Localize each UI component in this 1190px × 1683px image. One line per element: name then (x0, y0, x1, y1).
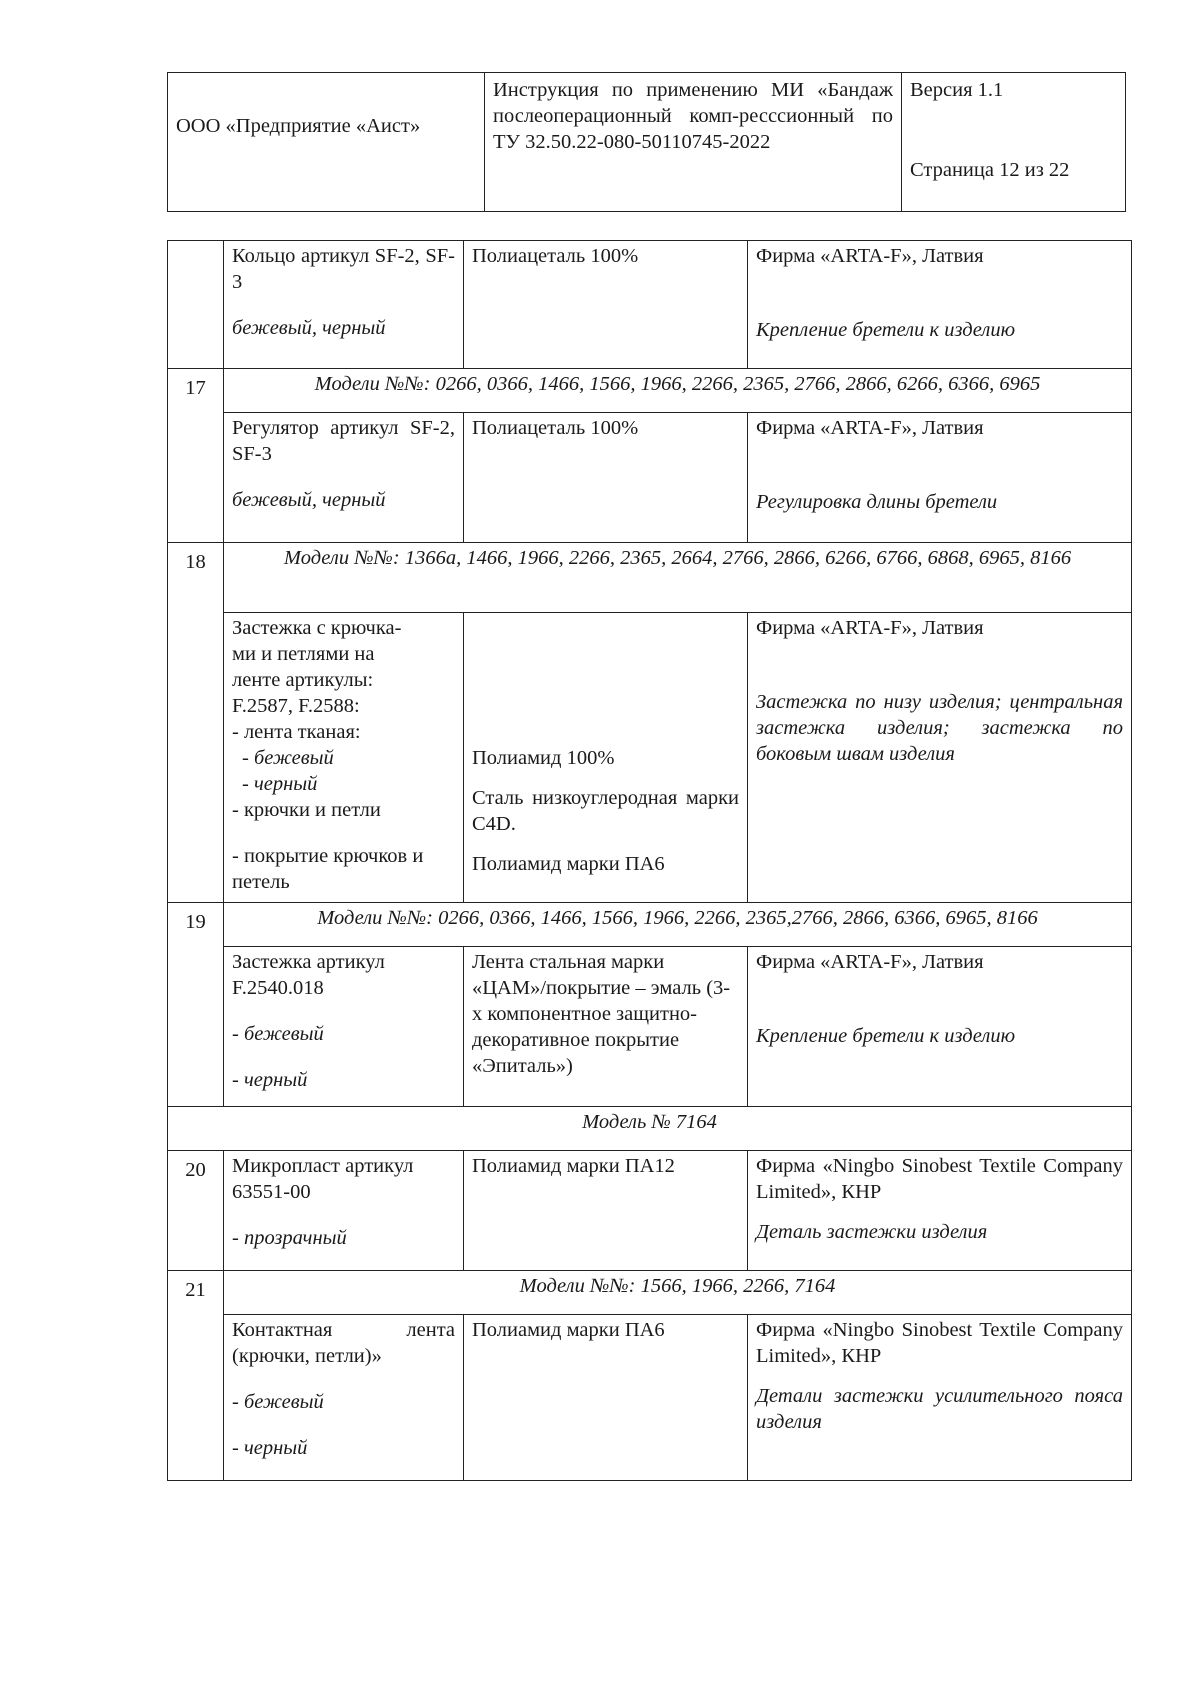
version-label: Версия 1.1 (910, 77, 1117, 103)
material: Полиамид марки ПА6 (472, 851, 739, 877)
models-row: 17 Модели №№: 0266, 0366, 1466, 1566, 19… (168, 369, 1132, 413)
page-number: Страница 12 из 22 (910, 157, 1069, 183)
maker: Фирма «ARTA-F», Латвия (756, 243, 1123, 269)
purpose: Застежка по низу изделия; центральная за… (756, 689, 1123, 767)
models-list: Модели №№: 1366а, 1466, 1966, 2266, 2365… (224, 543, 1132, 613)
purpose: Регулировка длины бретели (756, 489, 1123, 515)
component-name: Застежка артикул F.2540.018 - бежевый - … (224, 947, 464, 1107)
color-beige: - бежевый (232, 1021, 455, 1047)
table-row: Контактная лента (крючки, петли)» - беже… (168, 1315, 1132, 1481)
component-name: Кольцо артикул SF-2, SF-3 бежевый, черны… (224, 241, 464, 369)
maker-cell: Фирма «ARTA-F», Латвия Крепление бретели… (748, 241, 1132, 369)
maker-cell: Фирма «ARTA-F», Латвия Регулировка длины… (748, 413, 1132, 543)
purpose: Детали застежки усилительного пояса изде… (756, 1383, 1123, 1435)
table-row: Застежка с крючка- ми и петлями на ленте… (168, 613, 1132, 903)
row-number: 20 (168, 1151, 224, 1271)
materials-table: Кольцо артикул SF-2, SF-3 бежевый, черны… (167, 240, 1132, 1481)
material: Сталь низкоуглеродная марки C4D. (472, 785, 739, 837)
document-title: Инструкция по применению МИ «Бандаж посл… (485, 73, 902, 212)
material-cell: Полиамид 100% Сталь низкоуглеродная марк… (464, 613, 748, 903)
color-beige: - бежевый (232, 745, 455, 771)
color-beige: - бежевый (232, 1389, 455, 1415)
maker: Фирма «ARTA-F», Латвия (756, 415, 1123, 441)
models-list: Модели №№: 0266, 0366, 1466, 1566, 1966,… (224, 903, 1132, 947)
table-row: Регулятор артикул SF-2, SF-3 бежевый, че… (168, 413, 1132, 543)
row-number: 19 (168, 903, 224, 1107)
row-number: 18 (168, 543, 224, 903)
coating-label: - покрытие крючков и петель (232, 843, 455, 895)
purpose: Деталь застежки изделия (756, 1219, 1123, 1245)
purpose: Крепление бретели к изделию (756, 317, 1123, 343)
component-name: Контактная лента (крючки, петли)» - беже… (224, 1315, 464, 1481)
table-row: Застежка артикул F.2540.018 - бежевый - … (168, 947, 1132, 1107)
material: Лента стальная марки «ЦАМ»/покрытие – эм… (464, 947, 748, 1107)
material: Полиамид марки ПА12 (464, 1151, 748, 1271)
color-transparent: - прозрачный (232, 1225, 455, 1251)
organization-name: ООО «Предприятие «Аист» (168, 73, 485, 212)
model-heading-row: Модель № 7164 (168, 1107, 1132, 1151)
row-number: 17 (168, 369, 224, 543)
maker: Фирма «Ningbo Sinobest Textile Company L… (756, 1153, 1123, 1205)
models-row: 21 Модели №№: 1566, 1966, 2266, 7164 (168, 1271, 1132, 1315)
component-colors: бежевый, черный (232, 317, 386, 339)
hooks-label: - крючки и петли (232, 797, 455, 823)
maker: Фирма «Ningbo Sinobest Textile Company L… (756, 1317, 1123, 1369)
maker-cell: Фирма «ARTA-F», Латвия Застежка по низу … (748, 613, 1132, 903)
component-colors: бежевый, черный (232, 489, 386, 511)
models-list: Модели №№: 1566, 1966, 2266, 7164 (224, 1271, 1132, 1315)
maker: Фирма «ARTA-F», Латвия (756, 615, 1123, 641)
row-number: 21 (168, 1271, 224, 1481)
maker-cell: Фирма «Ningbo Sinobest Textile Company L… (748, 1315, 1132, 1481)
color-black: - черный (232, 771, 455, 797)
version-page-cell: Версия 1.1 Страница 12 из 22 (902, 73, 1126, 212)
maker-cell: Фирма «Ningbo Sinobest Textile Company L… (748, 1151, 1132, 1271)
models-list: Модели №№: 0266, 0366, 1466, 1566, 1966,… (224, 369, 1132, 413)
material: Полиацеталь 100% (464, 413, 748, 543)
color-black: - черный (232, 1435, 455, 1461)
maker: Фирма «ARTA-F», Латвия (756, 949, 1123, 975)
model-heading: Модель № 7164 (168, 1107, 1132, 1151)
models-row: 18 Модели №№: 1366а, 1466, 1966, 2266, 2… (168, 543, 1132, 613)
component-name: Регулятор артикул SF-2, SF-3 бежевый, че… (224, 413, 464, 543)
color-black: - черный (232, 1067, 455, 1093)
document-header: ООО «Предприятие «Аист» Инструкция по пр… (167, 72, 1126, 212)
maker-cell: Фирма «ARTA-F», Латвия Крепление бретели… (748, 947, 1132, 1107)
material: Полиамид 100% (472, 745, 739, 771)
table-row: 20 Микропласт артикул 63551-00 - прозрач… (168, 1151, 1132, 1271)
material: Полиацеталь 100% (464, 241, 748, 369)
material: Полиамид марки ПА6 (464, 1315, 748, 1481)
models-row: 19 Модели №№: 0266, 0366, 1466, 1566, 19… (168, 903, 1132, 947)
table-row: Кольцо артикул SF-2, SF-3 бежевый, черны… (168, 241, 1132, 369)
component-name: Застежка с крючка- ми и петлями на ленте… (224, 613, 464, 903)
component-name: Микропласт артикул 63551-00 - прозрачный (224, 1151, 464, 1271)
purpose: Крепление бретели к изделию (756, 1023, 1123, 1049)
